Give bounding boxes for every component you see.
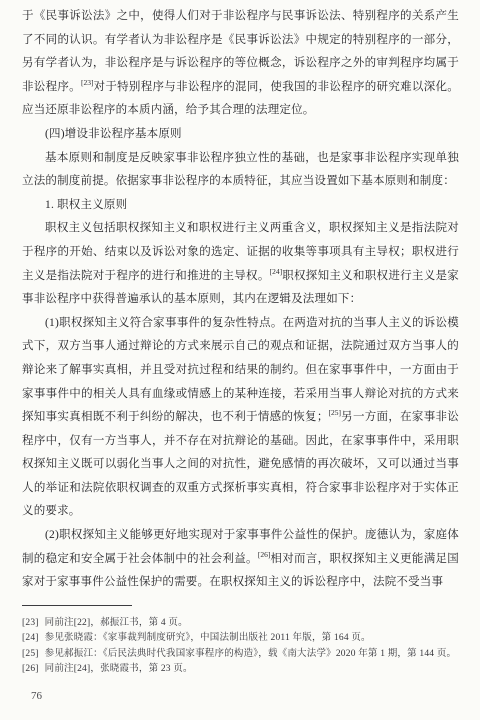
footnote-ref: [25] bbox=[329, 408, 342, 417]
subsection-heading-1: 1. 职权主义原则 bbox=[22, 194, 459, 218]
footnote-26: [26] 同前注[24]，张晓霞书，第 23 页。 bbox=[22, 662, 459, 677]
footnote-24: [24] 参见张晓霞：《家事裁判制度研究》，中国法制出版社 2011 年版，第 … bbox=[22, 631, 459, 646]
footnote-text: 同前注[22]，郝振江书，第 4 页。 bbox=[45, 616, 459, 631]
paragraph-point-2: (2)职权探知主义能够更好地实现对于家事事件公益性的保护。庞德认为，家庭体制的稳… bbox=[22, 524, 459, 595]
footnote-label: [24] bbox=[22, 631, 39, 646]
footnote-text: 参见张晓霞：《家事裁判制度研究》，中国法制出版社 2011 年版，第 164 页… bbox=[45, 631, 459, 646]
footnote-label: [25] bbox=[22, 647, 39, 662]
footnote-text: 同前注[24]，张晓霞书，第 23 页。 bbox=[45, 662, 459, 677]
paragraph-continuation: 于《民事诉讼法》之中，使得人们对于非讼程序与民事诉讼法、特别程序的关系产生了不同… bbox=[22, 5, 459, 123]
paragraph-authority-doctrine: 职权主义包括职权探知主义和职权进行主义两重含义，职权探知主义是指法院对于程序的开… bbox=[22, 217, 459, 311]
page-number: 76 bbox=[31, 690, 42, 702]
footnote-label: [23] bbox=[22, 616, 39, 631]
paragraph-principles-intro: 基本原则和制度是反映家事非讼程序独立性的基础，也是家事非讼程序实现单独立法的制度… bbox=[22, 147, 459, 194]
footnote-text: 参见郝振江：《后民法典时代我国家事程序的构造》，载《南大法学》2020 年第 1… bbox=[45, 647, 459, 662]
footnote-label: [26] bbox=[22, 662, 39, 677]
footnote-25: [25] 参见郝振江：《后民法典时代我国家事程序的构造》，载《南大法学》2020… bbox=[22, 647, 459, 662]
body-text-block: 于《民事诉讼法》之中，使得人们对于非讼程序与民事诉讼法、特别程序的关系产生了不同… bbox=[22, 5, 459, 595]
footnote-ref: [23] bbox=[81, 78, 94, 87]
footnote-ref: [26] bbox=[258, 550, 271, 559]
footnote-area: [23] 同前注[22]，郝振江书，第 4 页。 [24] 参见张晓霞：《家事裁… bbox=[22, 605, 459, 678]
paragraph-point-1: (1)职权探知主义符合家事事件的复杂性特点。在两造对抗的当事人主义的诉讼模式下，… bbox=[22, 312, 459, 524]
footnote-ref: [24] bbox=[270, 267, 283, 276]
section-heading-4: (四)增设非讼程序基本原则 bbox=[22, 123, 459, 147]
document-page: 于《民事诉讼法》之中，使得人们对于非讼程序与民事诉讼法、特别程序的关系产生了不同… bbox=[0, 0, 480, 720]
footnote-23: [23] 同前注[22]，郝振江书，第 4 页。 bbox=[22, 616, 459, 631]
footnote-divider bbox=[22, 605, 132, 606]
